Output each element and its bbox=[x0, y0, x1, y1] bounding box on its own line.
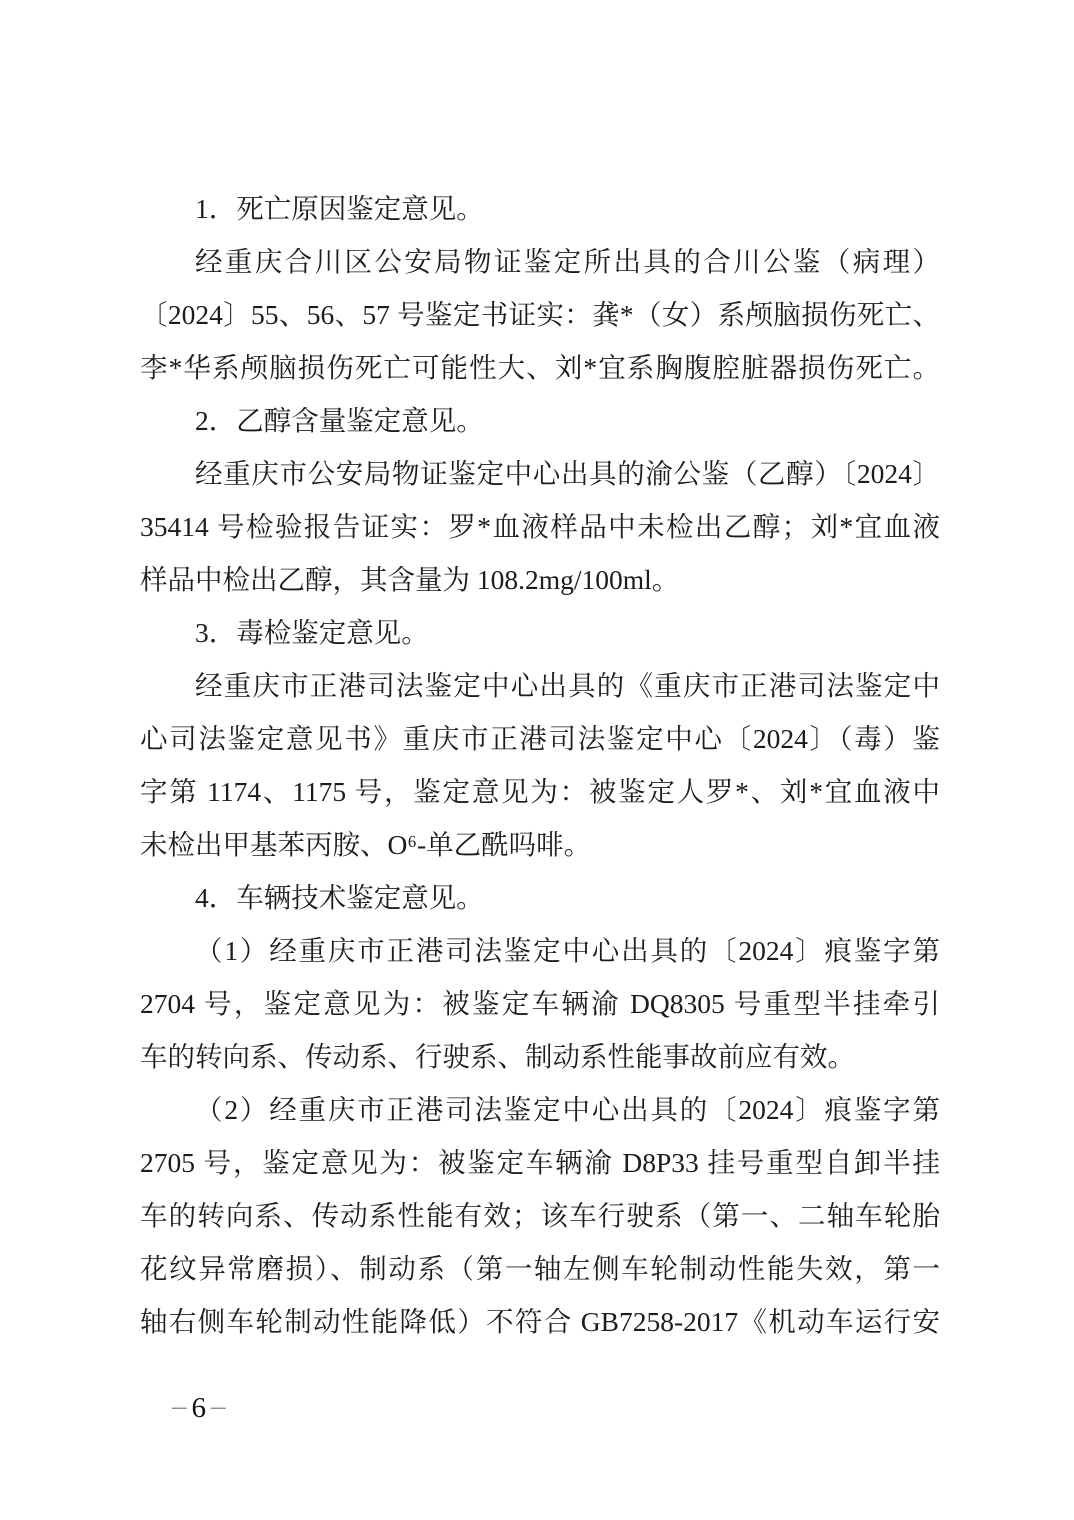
text-line: 经重庆市公安局物证鉴定中心出具的渝公鉴（乙醇）〔2024〕 bbox=[140, 447, 940, 500]
heading-ethanol-content: 2．乙醇含量鉴定意见。 bbox=[140, 394, 940, 447]
text-line: 样品中检出乙醇，其含量为 108.2mg/100ml。 bbox=[140, 553, 940, 606]
text-line: 车的转向系、传动系性能有效；该车行驶系（第一、二轴车轮胎 bbox=[140, 1189, 940, 1242]
text-line: 心司法鉴定意见书》重庆市正港司法鉴定中心〔2024〕（毒）鉴 bbox=[140, 712, 940, 765]
text-line: 35414 号检验报告证实：罗*血液样品中未检出乙醇；刘*宜血液 bbox=[140, 500, 940, 553]
text-line: 车的转向系、传动系、行驶系、制动系性能事故前应有效。 bbox=[140, 1030, 940, 1083]
page-footer: – 6 – bbox=[172, 1390, 226, 1426]
text-line: 轴右侧车轮制动性能降低）不符合 GB7258-2017《机动车运行安 bbox=[140, 1295, 940, 1348]
text-line: 经重庆市正港司法鉴定中心出具的《重庆市正港司法鉴定中 bbox=[140, 659, 940, 712]
text-line: 未检出甲基苯丙胺、O⁶-单乙酰吗啡。 bbox=[140, 818, 940, 871]
footer-dash-right: – bbox=[211, 1388, 226, 1424]
text-line: 2704 号，鉴定意见为：被鉴定车辆渝 DQ8305 号重型半挂牵引 bbox=[140, 977, 940, 1030]
footer-dash-left: – bbox=[172, 1388, 187, 1424]
document-page: 1．死亡原因鉴定意见。 经重庆合川区公安局物证鉴定所出具的合川公鉴（病理） 〔2… bbox=[0, 0, 1074, 1520]
text-line: 经重庆合川区公安局物证鉴定所出具的合川公鉴（病理） bbox=[140, 235, 940, 288]
heading-vehicle-technical: 4．车辆技术鉴定意见。 bbox=[140, 871, 940, 924]
page-number: 6 bbox=[190, 1390, 209, 1426]
text-line: 2705 号，鉴定意见为：被鉴定车辆渝 D8P33 挂号重型自卸半挂 bbox=[140, 1136, 940, 1189]
text-line: 〔2024〕55、56、57 号鉴定书证实：龚*（女）系颅脑损伤死亡、 bbox=[140, 288, 940, 341]
text-line: （1）经重庆市正港司法鉴定中心出具的〔2024〕痕鉴字第 bbox=[140, 924, 940, 977]
text-line: 李*华系颅脑损伤死亡可能性大、刘*宜系胸腹腔脏器损伤死亡。 bbox=[140, 341, 940, 394]
heading-toxicology: 3．毒检鉴定意见。 bbox=[140, 606, 940, 659]
text-line: 花纹异常磨损）、制动系（第一轴左侧车轮制动性能失效，第一 bbox=[140, 1242, 940, 1295]
text-line: 字第 1174、1175 号，鉴定意见为：被鉴定人罗*、刘*宜血液中 bbox=[140, 765, 940, 818]
document-body: 1．死亡原因鉴定意见。 经重庆合川区公安局物证鉴定所出具的合川公鉴（病理） 〔2… bbox=[140, 182, 940, 1348]
heading-death-cause: 1．死亡原因鉴定意见。 bbox=[140, 182, 940, 235]
text-line: （2）经重庆市正港司法鉴定中心出具的〔2024〕痕鉴字第 bbox=[140, 1083, 940, 1136]
